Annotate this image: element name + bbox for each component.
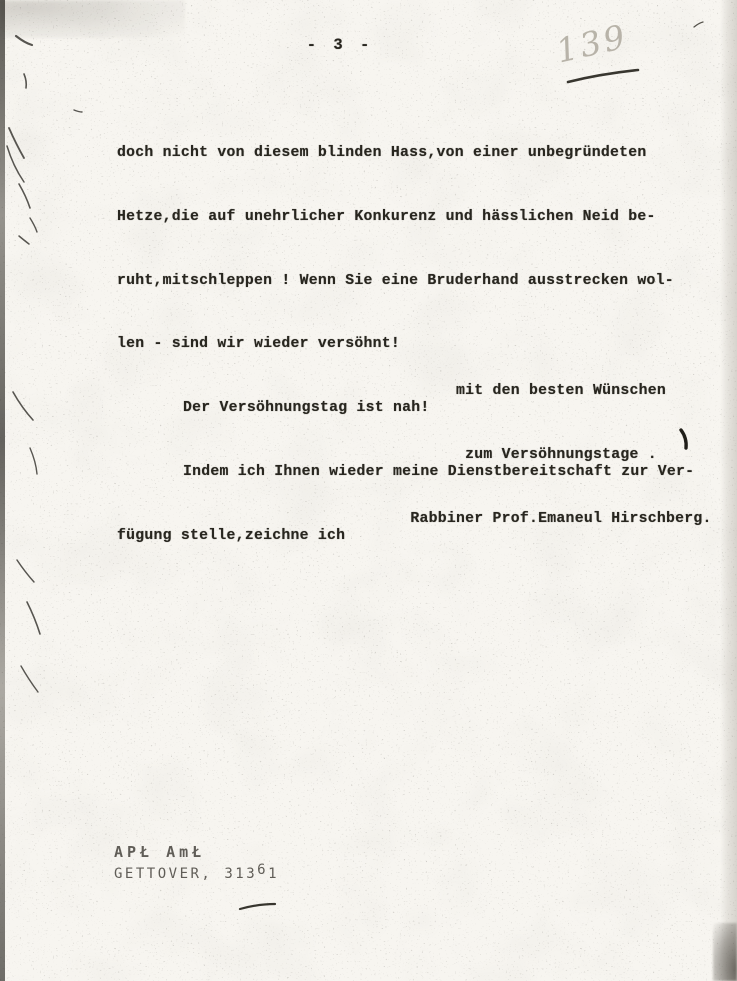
scan-edge-right (720, 0, 737, 981)
body-line: Hetze,die auf unehrlicher Konkurenz und … (117, 202, 694, 234)
handwritten-underline (568, 70, 638, 82)
signature-line: Rabbiner Prof.Emaneul Hirschberg. (400, 504, 722, 536)
closing-line: zum Versöhnungstage . (400, 440, 722, 472)
scan-smudge-top-left (0, 0, 185, 38)
letter-closing: mit den besten Wünschen zum Versöhnungst… (400, 344, 722, 567)
pencil-dash-mark (240, 904, 275, 909)
left-margin-scratches (7, 36, 82, 692)
archive-number-suffix: 1 (268, 866, 279, 882)
archive-stamp-label: GETTOVER, (114, 866, 212, 882)
archive-stamp: APŁ AmŁ GETTOVER,31361 (114, 843, 279, 882)
body-line: doch nicht von diesem blinden Hass,von e… (117, 138, 694, 170)
archive-number-prefix: 313 (224, 866, 257, 882)
archive-stamp-line2: GETTOVER,31361 (114, 866, 279, 882)
archive-number-superscript: 6 (257, 862, 268, 878)
handwritten-page-number: 139 (553, 16, 632, 70)
archive-stamp-line1: APŁ AmŁ (114, 843, 279, 866)
scanned-letter-page: - 3 - 139 doch nicht von diesem blinden … (0, 0, 737, 981)
small-scratch-top-right (694, 22, 703, 27)
closing-line: mit den besten Wünschen (400, 376, 722, 408)
scan-edge-left (0, 0, 5, 981)
scan-blot-bottom-right (713, 923, 737, 981)
body-line: ruht,mitschleppen ! Wenn Sie eine Bruder… (117, 266, 694, 298)
